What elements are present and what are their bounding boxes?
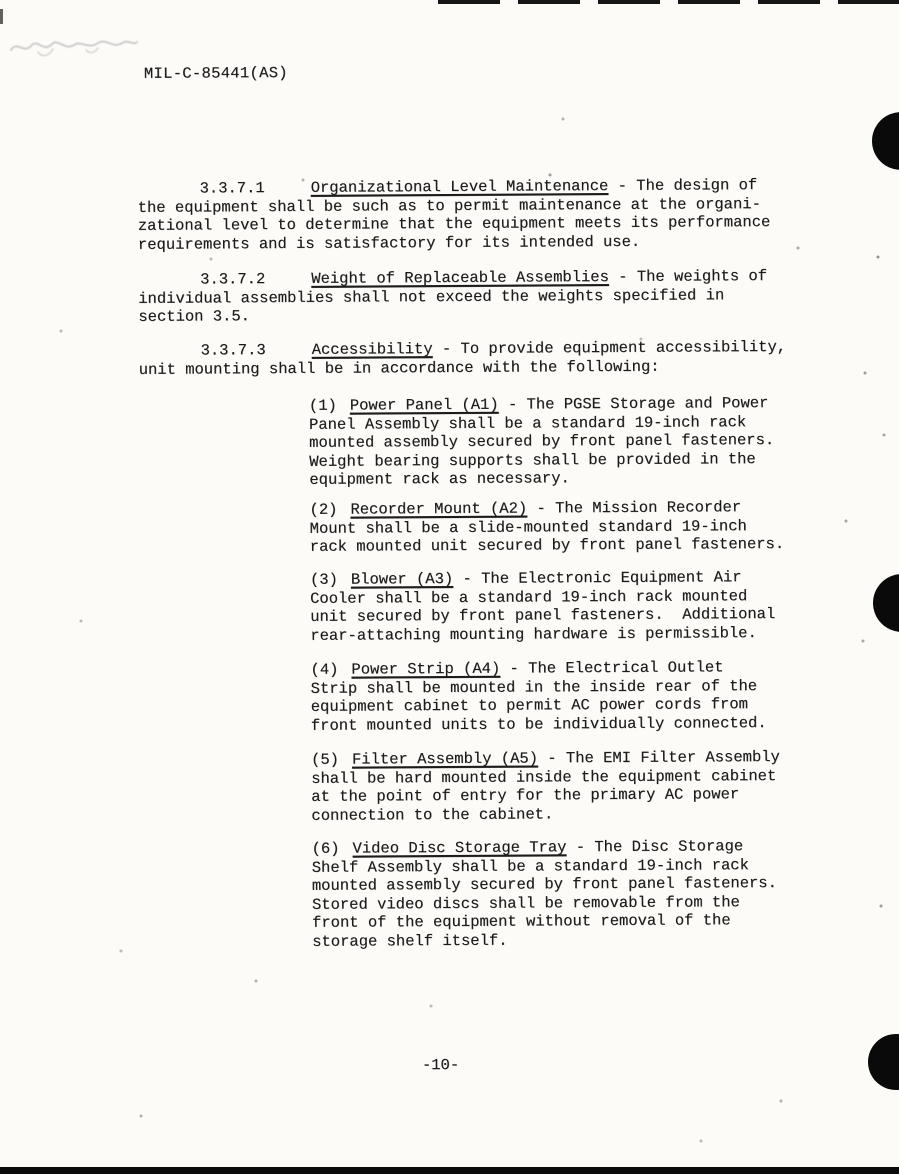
section-3-3-7-3: 3.3.7.3Accessibility - To provide equipm… bbox=[138, 338, 786, 379]
item-marker: (6) bbox=[312, 840, 340, 858]
scan-specks bbox=[0, 0, 2, 2]
section-number: 3.3.7.3 bbox=[200, 341, 265, 359]
section-3-3-7-2: 3.3.7.2Weight of Replaceable Assemblies … bbox=[138, 267, 767, 326]
item-heading: Filter Assembly (A5) bbox=[352, 749, 538, 768]
list-item-4: (4)Power Strip (A4) - The Electrical Out… bbox=[310, 658, 766, 735]
item-heading: Video Disc Storage Tray bbox=[352, 838, 566, 857]
section-3-3-7-1: 3.3.7.1Organizational Level Maintenance … bbox=[138, 176, 771, 254]
item-heading: Power Strip (A4) bbox=[351, 660, 500, 679]
list-item-6: (6)Video Disc Storage Tray - The Disc St… bbox=[312, 837, 778, 951]
list-item-2: (2)Recorder Mount (A2) - The Mission Rec… bbox=[309, 498, 784, 556]
section-heading: Accessibility bbox=[312, 340, 433, 359]
item-marker: (3) bbox=[310, 571, 338, 589]
item-marker: (4) bbox=[310, 661, 338, 679]
section-heading: Weight of Replaceable Assemblies bbox=[311, 268, 609, 288]
scan-bottom-edge-line bbox=[0, 1167, 899, 1174]
list-item-3: (3)Blower (A3) - The Electronic Equipmen… bbox=[310, 568, 776, 645]
item-heading: Power Panel (A1) bbox=[350, 396, 499, 415]
section-heading: Organizational Level Maintenance bbox=[311, 177, 609, 197]
item-heading: Blower (A3) bbox=[351, 570, 453, 589]
item-marker: (1) bbox=[309, 397, 337, 415]
item-marker: (5) bbox=[311, 751, 339, 769]
section-number: 3.3.7.1 bbox=[200, 179, 265, 197]
document-page: MIL-C-85441(AS) 3.3.7.1Organizational Le… bbox=[0, 0, 899, 1174]
page-text: MIL-C-85441(AS) 3.3.7.1Organizational Le… bbox=[0, 0, 899, 1174]
document-number: MIL-C-85441(AS) bbox=[144, 64, 288, 83]
list-item-1: (1)Power Panel (A1) - The PGSE Storage a… bbox=[309, 394, 775, 489]
item-heading: Recorder Mount (A2) bbox=[350, 500, 527, 519]
page-number: -10- bbox=[422, 1056, 459, 1075]
section-number: 3.3.7.2 bbox=[200, 270, 265, 288]
list-item-5: (5)Filter Assembly (A5) - The EMI Filter… bbox=[311, 748, 780, 825]
item-marker: (2) bbox=[309, 501, 337, 519]
